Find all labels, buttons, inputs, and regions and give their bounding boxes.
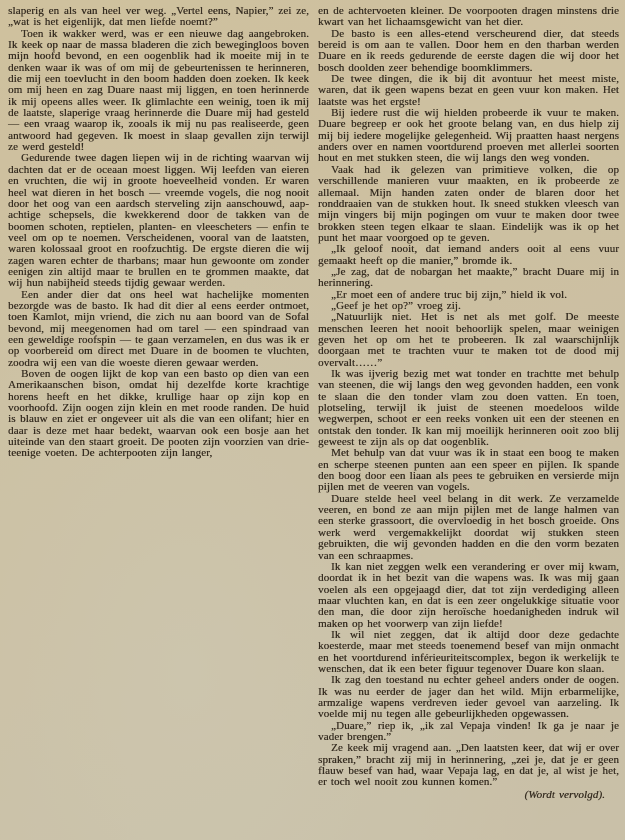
paragraph: „Natuurlijk niet. Het is net als met gol… <box>318 312 619 369</box>
paragraph: De twee dingen, die ik bij dit avontuur … <box>318 74 619 108</box>
paragraph: Vaak had ik gelezen van primitieve volke… <box>318 165 619 244</box>
paragraph: Ik kan niet zeggen welk een verandering … <box>318 562 619 630</box>
paragraph: Boven de oogen lijkt de kop van een bast… <box>8 369 309 460</box>
paragraph: „Duare,” riep ik, „ik zal Vepaja vinden!… <box>318 721 619 744</box>
paragraph: Gedurende twee dagen liepen wij in de ri… <box>8 153 309 289</box>
paragraph: Ik was ijverig bezig met wat tonder en t… <box>318 369 619 448</box>
paragraph: Een ander dier dat ons heel wat hachelij… <box>8 290 309 369</box>
paragraph: Bij iedere rust die wij hielden probeerd… <box>318 108 619 165</box>
column-right: en de achtervoeten kleiner. De voorpoote… <box>318 6 619 801</box>
paragraph: „Je zag, dat de nobargan het maakte,” br… <box>318 267 619 290</box>
text-columns: slaperig en als van heel ver weg. „Verte… <box>8 6 619 801</box>
continuation-notice: (Wordt vervolgd). <box>318 790 619 801</box>
paragraph: Ik zag den toestand nu echter geheel and… <box>318 675 619 720</box>
paragraph: en de achtervoeten kleiner. De voorpoote… <box>318 6 619 29</box>
paragraph: Met behulp van dat vuur was ik in staat … <box>318 448 619 493</box>
paragraph: slaperig en als van heel ver weg. „Verte… <box>8 6 309 29</box>
paragraph: Ik wil niet zeggen, dat ik altijd door d… <box>318 630 619 675</box>
paragraph: De basto is een alles-etend verscheurend… <box>318 29 619 74</box>
scanned-page: slaperig en als van heel ver weg. „Verte… <box>0 0 625 840</box>
paragraph: Toen ik wakker werd, was er een nieuwe d… <box>8 29 309 154</box>
paragraph: Duare stelde heel veel belang in dit wer… <box>318 494 619 562</box>
paragraph: Ze keek mij vragend aan. „Den laatsten k… <box>318 743 619 788</box>
paragraph: „Ik geloof nooit, dat iemand anders ooit… <box>318 244 619 267</box>
column-left: slaperig en als van heel ver weg. „Verte… <box>8 6 309 460</box>
